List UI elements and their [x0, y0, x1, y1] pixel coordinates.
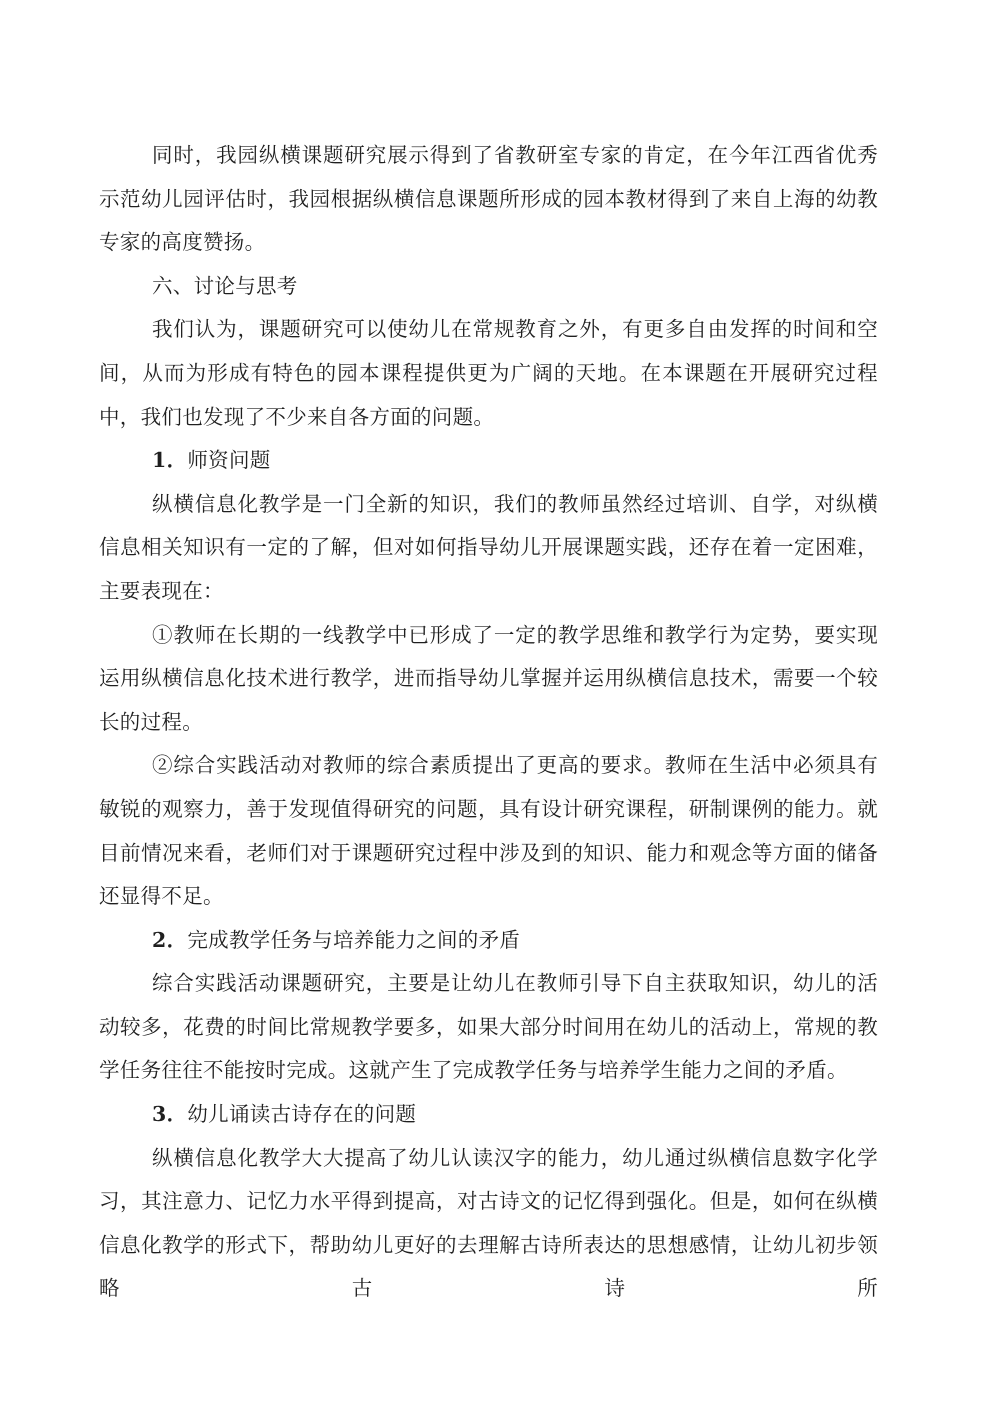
paragraph-item-2-teacher-quality: ②综合实践活动对教师的综合素质提出了更高的要求。教师在生活中必须具有敏锐的观察力… [99, 744, 878, 918]
paragraph-discussion-intro: 我们认为，课题研究可以使幼儿在常规教育之外，有更多自由发挥的时间和空间，从而为形… [99, 308, 878, 439]
numbered-heading-task-conflict: 2．完成教学任务与培养能力之间的矛盾 [99, 919, 878, 963]
numbered-heading-teacher-issue: 1．师资问题 [99, 439, 878, 483]
paragraph-task-conflict-detail: 综合实践活动课题研究，主要是让幼儿在教师引导下自主获取知识，幼儿的活动较多，花费… [99, 962, 878, 1093]
section-heading-discussion: 六、讨论与思考 [99, 265, 878, 309]
heading-label: 完成教学任务与培养能力之间的矛盾 [187, 928, 520, 952]
heading-number: 2． [152, 928, 187, 952]
paragraph-evaluation-praise: 同时，我园纵横课题研究展示得到了省教研室专家的肯定，在今年江西省优秀示范幼儿园评… [99, 134, 878, 265]
paragraph-teacher-difficulty: 纵横信息化教学是一门全新的知识，我们的教师虽然经过培训、自学，对纵横信息相关知识… [99, 483, 878, 614]
paragraph-item-1-teaching-habits: ①教师在长期的一线教学中已形成了一定的教学思维和教学行为定势，要实现运用纵横信息… [99, 614, 878, 745]
paragraph-poetry-issue-detail: 纵横信息化教学大大提高了幼儿认读汉字的能力，幼儿通过纵横信息数字化学习，其注意力… [99, 1137, 878, 1311]
document-body: 同时，我园纵横课题研究展示得到了省教研室专家的肯定，在今年江西省优秀示范幼儿园评… [99, 134, 878, 1311]
heading-number: 1． [152, 448, 187, 472]
heading-number: 3． [152, 1102, 187, 1126]
numbered-heading-poetry-issue: 3．幼儿诵读古诗存在的问题 [99, 1093, 878, 1137]
heading-label: 师资问题 [187, 448, 270, 472]
heading-label: 幼儿诵读古诗存在的问题 [187, 1102, 416, 1126]
document-page: 同时，我园纵横课题研究展示得到了省教研室专家的肯定，在今年江西省优秀示范幼儿园评… [0, 0, 992, 1403]
